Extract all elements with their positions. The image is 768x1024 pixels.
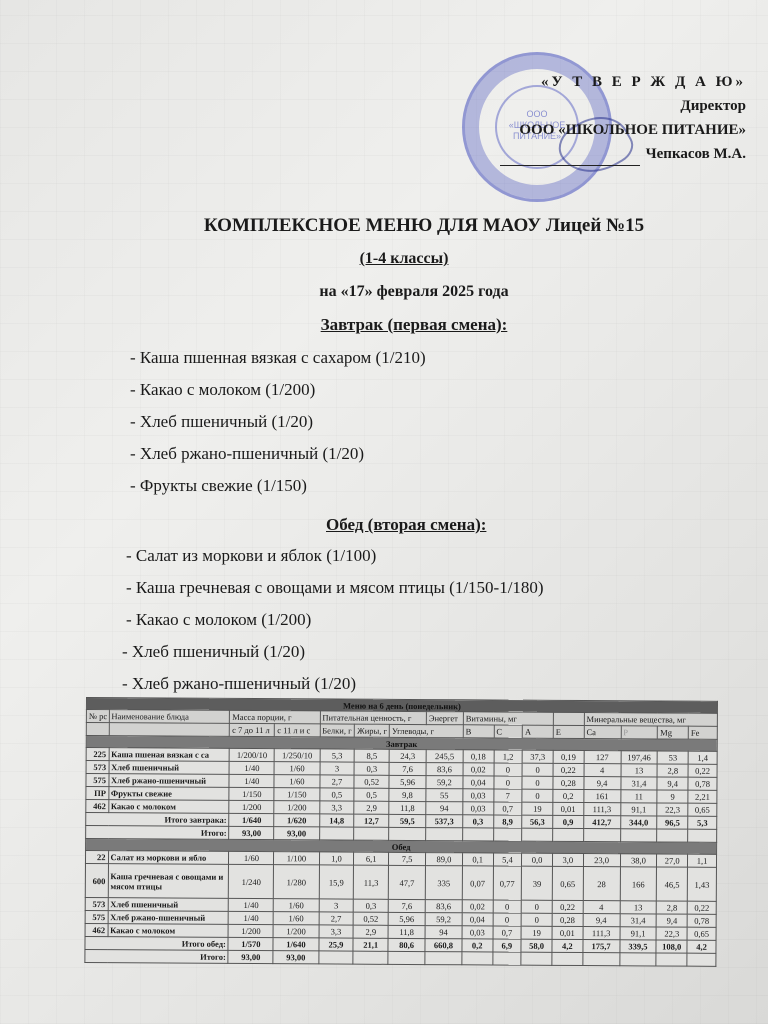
value-fe: 5,3 [688,816,717,829]
value-prot: 5,3 [320,749,355,762]
portion-11-plus: 1/60 [274,762,319,775]
value-p: 91,1 [620,803,657,816]
value-fe: 2,21 [688,790,717,803]
sum-label: Итого: [86,826,229,840]
empty-cell [619,953,656,966]
value-ca: 23,0 [583,854,620,867]
value-ca: 4 [584,764,621,777]
empty-cell [620,829,657,842]
portion-7-11: 1/40 [229,761,274,774]
table-row: 600Каша гречневая с овощами и мясом птиц… [85,863,716,901]
recipe-number: 462 [85,923,108,936]
sum-11-plus: 93,00 [274,827,319,840]
recipe-number: 575 [85,910,108,923]
value-carb: 7,5 [389,852,426,865]
value-ca: 175,7 [583,940,620,953]
col-portion-11-plus: с 11 л и с [275,724,320,737]
document-title: КОМПЛЕКСНОЕ МЕНЮ ДЛЯ МАОУ Лицей №15 [40,215,768,237]
value-en: 55 [426,789,463,802]
empty-cell [493,828,522,841]
value-en: 537,3 [426,815,463,828]
col-blank [109,723,230,737]
empty-cell [492,952,521,965]
value-a: 0 [521,900,552,913]
empty-cell [354,827,389,840]
value-b: 0,02 [463,763,494,776]
empty-cell [552,952,583,965]
value-p: 31,4 [620,914,657,927]
total-label: Итого завтрака: [86,813,229,827]
portion-7-11: 1/200 [229,800,274,813]
value-fe: 0,78 [688,777,717,790]
value-b: 0,1 [462,853,493,866]
approval-company: ООО «ШКОЛЬНОЕ ПИТАНИЕ» [500,118,746,142]
value-fe: 4,2 [687,940,716,953]
breakfast-list: - Каша пшенная вязкая с сахаром (1/210) … [130,342,426,502]
value-p: 11 [620,790,657,803]
list-item: - Салат из моркови и яблок (1/100) [126,540,544,572]
value-p: 344,0 [620,816,657,829]
portion-7-11: 1/240 [229,864,274,898]
value-a: 0 [521,913,552,926]
value-e: 0,19 [553,750,584,763]
recipe-number: 575 [86,774,109,787]
empty-cell [688,829,717,842]
value-a: 0 [522,763,553,776]
value-en: 660,8 [425,939,462,952]
value-e: 0,28 [552,913,583,926]
col-recipe-no: № рс [86,710,109,723]
portion-7-11: 1/200/10 [229,748,274,761]
value-mg: 46,5 [657,867,688,901]
value-c: 0 [493,900,522,913]
value-p: 197,46 [621,751,658,764]
col-vit-c: C [494,725,523,738]
list-item: - Какао с молоком (1/200) [126,604,544,636]
document-page: ООО «ШКОЛЬНОЕ ПИТАНИЕ» «У Т В Е Р Ж Д А … [0,0,768,1024]
empty-cell [553,828,584,841]
menu-date: на «17» февраля 2025 года [30,283,768,301]
recipe-number: 22 [85,851,108,864]
col-blank [553,712,584,725]
value-e: 0,9 [553,815,584,828]
value-carb: 5,96 [388,912,425,925]
recipe-number: 462 [86,800,109,813]
value-carb: 11,8 [388,925,425,938]
value-en: 89,0 [425,853,462,866]
portion-11-plus: 1/620 [274,814,319,827]
value-prot: 15,9 [319,865,354,899]
value-prot: 3 [320,762,355,775]
col-vit-e: E [553,725,584,738]
value-en: 59,2 [425,913,462,926]
recipe-number: 573 [86,761,109,774]
empty-cell [353,951,388,964]
col-blank [86,723,109,736]
value-p: 166 [620,867,657,901]
value-fe: 0,22 [688,764,717,777]
value-fat: 0,3 [354,899,389,912]
list-item: - Хлеб ржано-пшеничный (1/20) [122,668,544,700]
list-item: - Хлеб пшеничный (1/20) [122,636,544,668]
value-b: 0,04 [462,913,493,926]
value-p: 91,1 [620,927,657,940]
empty-cell [426,828,463,841]
value-fat: 8,5 [354,749,389,762]
portion-7-11: 1/40 [229,898,274,911]
value-prot: 0,5 [319,788,354,801]
value-a: 0,0 [522,853,553,866]
value-fe: 0,78 [687,914,716,927]
value-fat: 2,9 [353,925,388,938]
col-protein: Белки, г [320,724,355,737]
value-b: 0,3 [463,815,494,828]
value-p: 339,5 [619,940,656,953]
value-carb: 24,3 [389,749,426,762]
value-a: 19 [522,802,553,815]
portion-11-plus: 1/250/10 [275,749,320,762]
signer-name: Чепкасов М.А. [646,146,746,162]
value-c: 7 [493,789,522,802]
value-b: 0,03 [462,926,493,939]
value-e: 0,01 [552,926,583,939]
value-p: 13 [621,764,658,777]
value-mg: 9,4 [656,914,687,927]
dish-name: Хлеб пшеничный [108,898,229,912]
recipe-number: ПР [86,787,109,800]
empty-cell [318,951,353,964]
value-mg: 9 [657,790,688,803]
value-carb: 7,6 [389,762,426,775]
value-c: 0 [494,776,523,789]
value-carb: 9,8 [389,788,426,801]
value-e: 0,22 [553,763,584,776]
value-c: 0,7 [493,926,522,939]
portion-7-11: 1/640 [229,813,274,826]
empty-cell [425,952,462,965]
value-ca: 412,7 [583,816,620,829]
value-carb: 7,6 [388,899,425,912]
list-item: - Какао с молоком (1/200) [130,374,426,406]
value-prot: 3,3 [319,801,354,814]
portion-11-plus: 1/280 [274,865,319,899]
value-e: 4,2 [552,939,583,952]
col-mg: Mg [658,726,689,739]
sum-row: Итого:93,0093,00 [85,949,716,966]
value-a: 39 [522,866,553,900]
value-e: 0,28 [553,776,584,789]
col-vit-a: A [522,725,553,738]
value-c: 1,2 [494,750,523,763]
value-en: 83,6 [425,900,462,913]
sum-11-plus: 93,00 [273,951,318,964]
value-c: 5,4 [493,853,522,866]
value-b: 0,03 [463,789,494,802]
value-mg: 96,5 [657,816,688,829]
value-fe: 0,65 [688,803,717,816]
dish-name: Какао с молоком [108,924,229,938]
dish-name: Салат из моркови и ябло [108,851,229,865]
empty-cell [522,828,553,841]
value-e: 0,65 [552,866,583,900]
value-prot: 14,8 [319,814,354,827]
value-carb: 5,96 [389,775,426,788]
lunch-list: - Салат из моркови и яблок (1/100) - Каш… [126,540,544,700]
value-a: 0 [522,776,553,789]
value-c: 8,9 [493,815,522,828]
dish-name: Какао с молоком [108,800,229,814]
empty-cell [583,953,620,966]
portion-7-11: 1/60 [229,851,274,864]
value-c: 6,9 [493,939,522,952]
empty-cell [462,952,493,965]
portion-11-plus: 1/100 [274,852,319,865]
portion-11-plus: 1/200 [273,925,318,938]
col-ca: Ca [584,726,621,739]
value-fat: 11,3 [354,865,389,899]
recipe-number: 600 [85,863,108,897]
empty-cell [521,952,552,965]
value-mg: 22,3 [656,927,687,940]
value-fe: 0,22 [687,901,716,914]
value-fe: 0,65 [687,927,716,940]
value-a: 37,3 [522,750,553,763]
approval-position: Директор [500,94,746,118]
col-carbs: Углеводы, г [389,724,463,737]
portion-11-plus: 1/60 [274,775,319,788]
empty-cell [388,951,425,964]
value-fe: 1,4 [688,751,717,764]
value-b: 0,18 [463,750,494,763]
value-mg: 27,0 [657,854,688,867]
value-p: 31,4 [620,777,657,790]
dish-name: Каша гречневая с овощами и мясом птицы [108,864,229,899]
value-en: 83,6 [426,763,463,776]
col-fat: Жиры, г [355,724,390,737]
sum-7-11: 93,00 [228,950,273,963]
value-fat: 0,52 [354,775,389,788]
empty-cell [656,953,687,966]
portion-11-plus: 1/150 [274,788,319,801]
dish-name: Фрукты свежие [108,787,229,801]
value-ca: 111,3 [583,927,620,940]
portion-7-11: 1/570 [228,937,273,950]
value-ca: 127 [584,751,621,764]
col-vitamins: Витамины, мг [463,712,553,726]
value-e: 3,0 [552,853,583,866]
breakfast-heading: Завтрак (первая смена): [30,315,768,335]
empty-cell [462,828,493,841]
value-mg: 2,8 [657,901,688,914]
value-prot: 2,7 [319,912,354,925]
value-carb: 59,5 [389,814,426,827]
value-en: 335 [425,866,462,900]
value-en: 94 [425,926,462,939]
value-b: 0,07 [462,866,493,900]
list-item: - Каша гречневая с овощами и мясом птицы… [126,572,544,604]
value-c: 0,77 [493,866,522,900]
value-carb: 80,6 [388,938,425,951]
value-ca: 161 [584,790,621,803]
value-fat: 21,1 [353,938,388,951]
value-mg: 2,8 [657,764,688,777]
col-nutrition: Питательная ценность, г [320,711,427,725]
value-prot: 2,7 [319,775,354,788]
value-b: 0,04 [463,776,494,789]
value-mg: 9,4 [657,777,688,790]
value-p: 13 [620,901,657,914]
portion-11-plus: 1/200 [274,801,319,814]
approval-signer: Чепкасов М.А. [500,142,746,166]
col-energy: Энергет [426,712,463,725]
value-fat: 2,9 [354,801,389,814]
value-b: 0,2 [462,939,493,952]
value-fat: 0,52 [353,912,388,925]
value-b: 0,03 [463,802,494,815]
value-mg: 53 [657,751,688,764]
total-label: Итого обед: [85,936,228,950]
value-carb: 47,7 [388,865,425,899]
col-vit-b: B [463,725,494,738]
value-prot: 3,3 [319,925,354,938]
empty-cell [319,827,354,840]
col-dish-name: Наименование блюда [109,710,230,724]
value-fat: 12,7 [354,814,389,827]
value-b: 0,02 [462,900,493,913]
dish-name: Хлеб ржано-пшеничный [108,774,229,788]
signature-line [500,152,640,166]
table-body: Завтрак225Каша пшеная вязкая с са1/200/1… [85,736,717,967]
list-item: - Каша пшенная вязкая с сахаром (1/210) [130,342,426,374]
value-prot: 1,0 [319,852,354,865]
value-fat: 6,1 [354,852,389,865]
value-en: 94 [426,802,463,815]
value-e: 0,01 [553,802,584,815]
value-fe: 1,43 [687,867,716,901]
portion-7-11: 1/150 [229,787,274,800]
value-c: 0,7 [493,802,522,815]
portion-7-11: 1/200 [228,924,273,937]
value-a: 0 [522,789,553,802]
list-item: - Хлеб ржано-пшеничный (1/20) [130,438,426,470]
sum-7-11: 93,00 [229,826,274,839]
value-p: 38,0 [620,854,657,867]
value-e: 0,2 [553,789,584,802]
value-ca: 4 [583,901,620,914]
grades-subtitle: (1-4 классы) [20,250,768,268]
value-mg: 22,3 [657,803,688,816]
sum-label: Итого: [85,949,228,963]
value-ca: 111,3 [583,803,620,816]
list-item: - Хлеб пшеничный (1/20) [130,406,426,438]
empty-cell [389,827,426,840]
approval-block: «У Т В Е Р Ж Д А Ю» Директор ООО «ШКОЛЬН… [500,70,746,166]
value-en: 245,5 [426,750,463,763]
value-a: 58,0 [521,939,552,952]
value-mg: 108,0 [656,940,687,953]
col-portion-7-11: с 7 до 11 л [230,723,275,736]
value-a: 56,3 [522,815,553,828]
portion-11-plus: 1/60 [274,912,319,925]
value-ca: 9,4 [583,914,620,927]
value-a: 19 [521,926,552,939]
value-fe: 1,1 [688,854,717,867]
recipe-number: 573 [85,897,108,910]
empty-cell [657,829,688,842]
value-carb: 11,8 [389,801,426,814]
value-ca: 9,4 [584,777,621,790]
nutrition-table: Меню на 6 день (понедельник) № рс Наимен… [84,697,718,967]
value-fat: 0,5 [354,788,389,801]
value-e: 0,22 [552,900,583,913]
col-portion: Масса порции, г [230,710,320,724]
lunch-heading: Обед (вторая смена): [326,515,486,535]
value-c: 0 [494,763,523,776]
list-item: - Фрукты свежие (1/150) [130,470,426,502]
value-prot: 25,9 [318,938,353,951]
value-c: 0 [493,913,522,926]
dish-name: Хлеб ржано-пшеничный [108,911,229,925]
col-fe: Fe [688,726,717,739]
empty-cell [687,953,716,966]
dish-name: Хлеб пшеничный [109,761,230,775]
portion-11-plus: 1/640 [273,938,318,951]
col-minerals: Минеральные вещества, мг [584,713,717,727]
dish-name: Каша пшеная вязкая с са [109,748,230,762]
portion-11-plus: 1/60 [274,899,319,912]
recipe-number: 225 [86,748,109,761]
approval-heading: «У Т В Е Р Ж Д А Ю» [500,70,746,94]
value-prot: 3 [319,899,354,912]
value-fat: 0,3 [354,762,389,775]
col-p: P [621,726,658,739]
portion-7-11: 1/40 [229,774,274,787]
value-ca: 28 [583,867,620,901]
portion-7-11: 1/40 [228,911,273,924]
empty-cell [583,829,620,842]
value-en: 59,2 [426,776,463,789]
